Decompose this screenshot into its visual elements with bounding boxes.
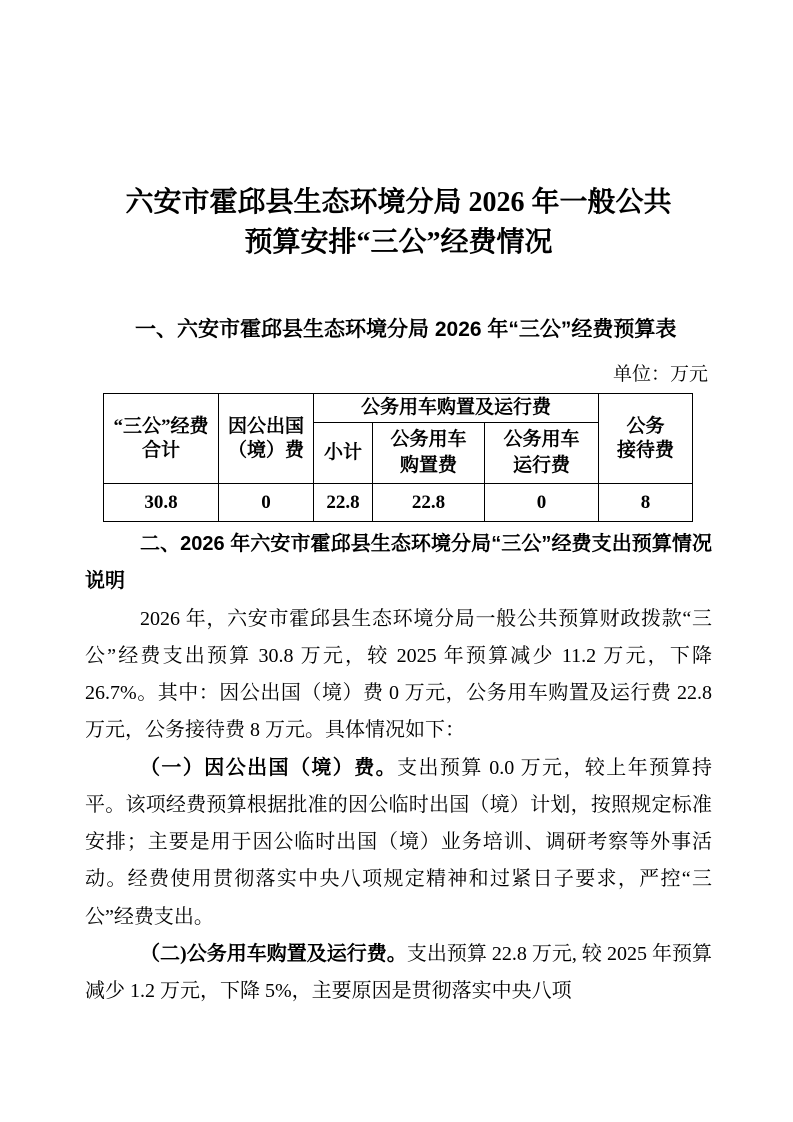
header-cell-vehicle-purchase: 公务用车 购置费 [373,423,485,484]
title-line-2: 预算安排“三公”经费情况 [244,227,552,258]
item2-lead: （二)公务用车购置及运行费。 [140,943,407,965]
title-line-1: 六安市霍邱县生态环境分局 2026 年一般公共 [125,187,671,218]
header-cell-reception: 公务 接待费 [599,394,693,484]
document-title: 六安市霍邱县生态环境分局 2026 年一般公共 预算安排“三公”经费情况 [85,183,712,263]
header-cell-abroad: 因公出国 （境）费 [219,394,314,484]
value-vehicle-purchase: 22.8 [373,484,485,522]
value-abroad: 0 [219,484,314,522]
unit-note: 单位：万元 [85,360,708,390]
paragraph-overview: 2026 年，六安市霍邱县生态环境分局一般公共预算财政拨款“三公”经费支出预算 … [85,601,712,750]
item1-body: 支出预算 0.0 万元，较上年预算持平。该项经费预算根据批准的因公临时出国（境）… [85,757,712,928]
budget-table: “三公”经费 合计 因公出国 （境）费 公务用车购置及运行费 公务 接待费 小计… [103,393,693,522]
value-total: 30.8 [104,484,219,522]
section1-heading: 一、六安市霍邱县生态环境分局 2026 年“三公”经费预算表 [85,311,712,349]
value-vehicle-operation: 0 [485,484,599,522]
header-cell-total: “三公”经费 合计 [104,394,219,484]
header-cell-vehicle-group: 公务用车购置及运行费 [314,394,599,423]
value-vehicle-subtotal: 22.8 [314,484,373,522]
section2-heading: 二、2026 年六安市霍邱县生态环境分局“三公”经费支出预算情况说明 [85,526,712,601]
table-data-row: 30.8 0 22.8 22.8 0 8 [104,484,693,522]
paragraph-item2: （二)公务用车购置及运行费。支出预算 22.8 万元, 较 2025 年预算减少… [85,936,712,1011]
item1-lead: （一）因公出国（境）费。 [140,757,397,779]
paragraph-item1: （一）因公出国（境）费。支出预算 0.0 万元，较上年预算持平。该项经费预算根据… [85,750,712,936]
header-cell-vehicle-operation: 公务用车 运行费 [485,423,599,484]
table-header-row-1: “三公”经费 合计 因公出国 （境）费 公务用车购置及运行费 公务 接待费 [104,394,693,423]
section2-body: 二、2026 年六安市霍邱县生态环境分局“三公”经费支出预算情况说明 2026 … [85,526,712,1010]
header-cell-vehicle-subtotal: 小计 [314,423,373,484]
document-page: 六安市霍邱县生态环境分局 2026 年一般公共 预算安排“三公”经费情况 一、六… [0,0,793,1122]
value-reception: 8 [599,484,693,522]
